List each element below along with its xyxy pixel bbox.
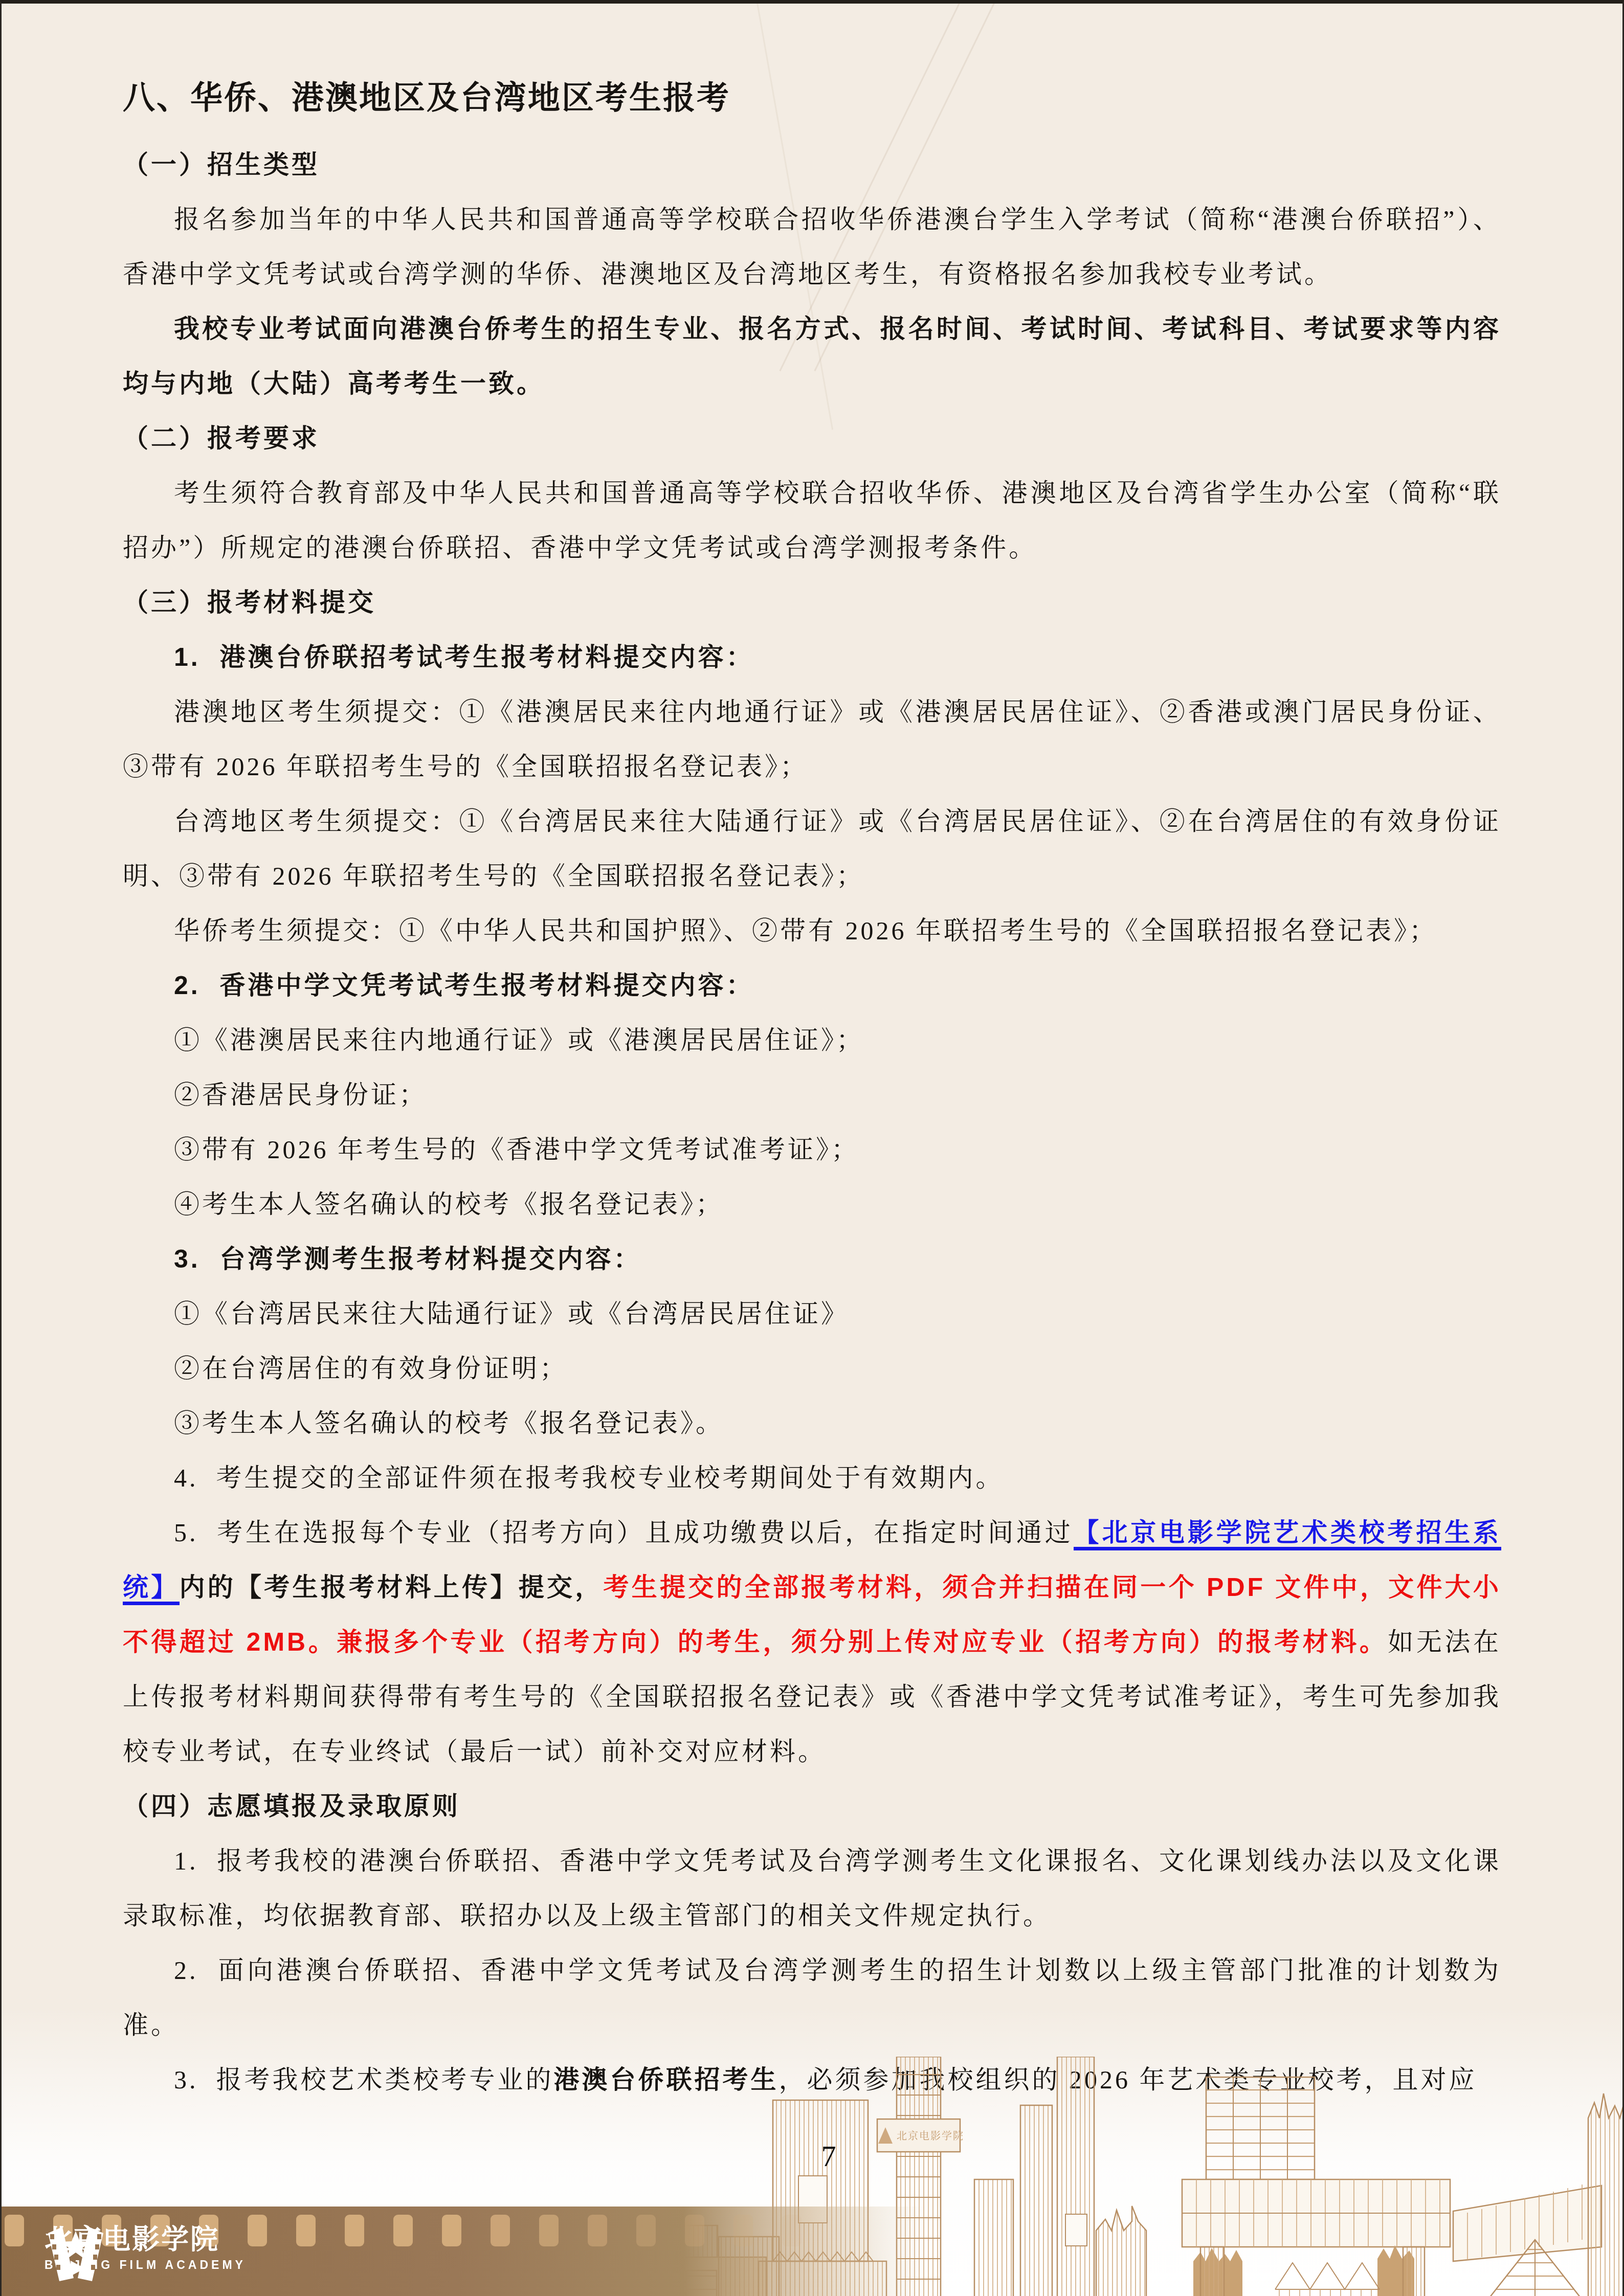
paragraph: 考生须符合教育部及中华人民共和国普通高等学校联合招收华侨、港澳地区及台湾省学生办…	[123, 466, 1501, 575]
section-heading-materials: （三）报考材料提交	[123, 575, 1501, 630]
text-run: 3. 报考我校艺术类校考专业的	[174, 2065, 554, 2094]
document-page: 北京电影学院 北 京 电 影 学 院	[0, 0, 1624, 2296]
text-run: 5. 考生在选报每个专业（招考方向）且成功缴费以后，在指定时间通过	[174, 1518, 1074, 1547]
list-item: ③考生本人签名确认的校考《报名登记表》。	[123, 1396, 1501, 1451]
page-number: 7	[783, 2140, 875, 2173]
list-item: 1. 报考我校的港澳台侨联招、香港中学文凭考试及台湾学测考生文化课报名、文化课划…	[123, 1834, 1501, 1943]
document-content: 八、华侨、港澳地区及台湾地区考生报考 （一）招生类型 报名参加当年的中华人民共和…	[123, 69, 1501, 2107]
svg-text:北京电影学院: 北京电影学院	[897, 2130, 964, 2142]
paragraph: 报名参加当年的中华人民共和国普通高等学校联合招收华侨港澳台学生入学考试（简称“港…	[123, 192, 1501, 302]
text-run-bold: 内的【考生报考材料上传】提交，	[180, 1573, 604, 1602]
film-strip-icon	[45, 2224, 107, 2281]
list-item: 4. 考生提交的全部证件须在报考我校专业校考期间处于有效期内。	[123, 1451, 1501, 1505]
list-item: ①《港澳居民来往内地通行证》或《港澳居民居住证》；	[123, 1013, 1501, 1068]
list-item: 2. 面向港澳台侨联招、香港中学文凭考试及台湾学测考生的招生计划数以上级主管部门…	[123, 1943, 1501, 2053]
list-item: ④考生本人签名确认的校考《报名登记表》；	[123, 1177, 1501, 1232]
list-item-heading: 1. 港澳台侨联招考试考生报考材料提交内容：	[123, 630, 1501, 685]
section-heading-enrollment-type: （一）招生类型	[123, 138, 1501, 192]
list-item-heading: 3. 台湾学测考生报考材料提交内容：	[123, 1232, 1501, 1287]
section-heading-admission-principles: （四）志愿填报及录取原则	[123, 1779, 1501, 1834]
paragraph: 港澳地区考生须提交：①《港澳居民来往内地通行证》或《港澳居民居住证》、②香港或澳…	[123, 685, 1501, 794]
page-title: 八、华侨、港澳地区及台湾地区考生报考	[123, 69, 1501, 126]
list-item: ②香港居民身份证；	[123, 1068, 1501, 1122]
list-item-upload-notice: 5. 考生在选报每个专业（招考方向）且成功缴费以后，在指定时间通过【北京电影学院…	[123, 1505, 1501, 1779]
list-item: ③带有 2026 年考生号的《香港中学文凭考试准考证》；	[123, 1122, 1501, 1177]
paragraph: 华侨考生须提交：①《中华人民共和国护照》、②带有 2026 年联招考生号的《全国…	[123, 904, 1501, 958]
film-strip-band: 北京电影学院 BEIJING FILM ACADEMY	[2, 2207, 1624, 2296]
list-item: ①《台湾居民来往大陆通行证》或《台湾居民居住证》	[123, 1287, 1501, 1341]
bfa-logo: 北京电影学院 BEIJING FILM ACADEMY	[45, 2224, 246, 2272]
paragraph-bold: 我校专业考试面向港澳台侨考生的招生专业、报名方式、报名时间、考试时间、考试科目、…	[123, 302, 1501, 411]
list-item-heading: 2. 香港中学文凭考试考生报考材料提交内容：	[123, 958, 1501, 1013]
section-heading-requirements: （二）报考要求	[123, 411, 1501, 466]
paragraph: 台湾地区考生须提交：①《台湾居民来往大陆通行证》或《台湾居民居住证》、②在台湾居…	[123, 794, 1501, 904]
list-item: ②在台湾居住的有效身份证明；	[123, 1341, 1501, 1396]
